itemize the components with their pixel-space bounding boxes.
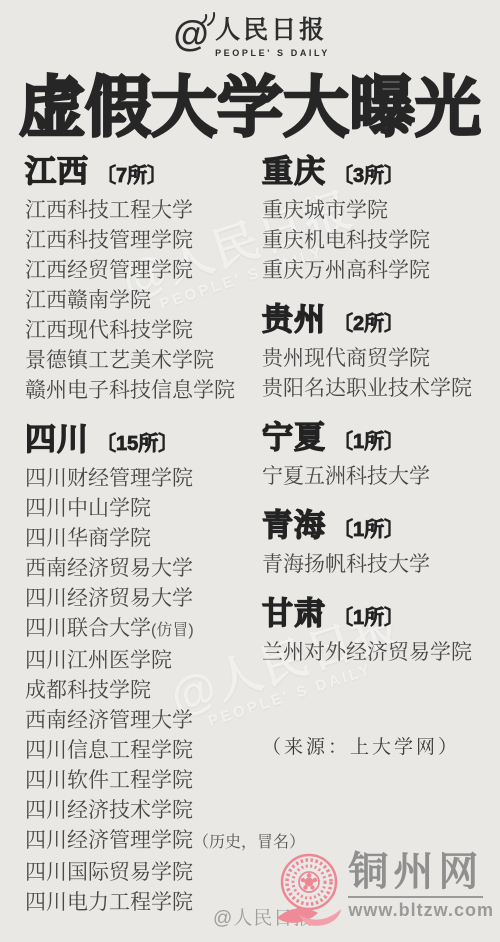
university-item: 贵州现代商贸学院 xyxy=(262,344,492,374)
university-name: 赣州电子科技信息学院 xyxy=(25,379,235,402)
university-item: 四川华商学院 xyxy=(25,524,262,554)
university-list-ningxia: 宁夏五洲科技大学 xyxy=(262,462,492,492)
university-name: 四川国际贸易学院 xyxy=(25,861,193,884)
university-name: 兰州对外经济贸易学院 xyxy=(262,641,472,664)
university-name: 四川中山学院 xyxy=(25,497,151,520)
university-item: 四川联合大学(仿冒) xyxy=(25,614,262,646)
university-name: 四川经济技术学院 xyxy=(25,799,193,822)
province-name: 青海 xyxy=(262,506,326,546)
university-item: 四川财经管理学院 xyxy=(25,464,262,494)
university-name: 宁夏五洲科技大学 xyxy=(262,465,430,488)
university-item: 景德镇工艺美术学院 xyxy=(25,346,262,376)
university-item: 四川经济技术学院 xyxy=(25,796,262,826)
university-name: 四川华商学院 xyxy=(25,527,151,550)
section-chongqing: 重庆 〔3所〕 重庆城市学院重庆机电科技学院重庆万州高科学院 xyxy=(262,152,492,286)
peoples-daily-logo: @ 人民日报 PEOPLE' S DAILY xyxy=(0,10,500,58)
university-item: 四川软件工程学院 xyxy=(25,766,262,796)
province-name: 宁夏 xyxy=(262,418,326,458)
university-name: 江西科技工程大学 xyxy=(25,199,193,222)
university-name: 西南经济管理大学 xyxy=(25,709,193,732)
university-name: 景德镇工艺美术学院 xyxy=(25,349,214,372)
university-item: 宁夏五洲科技大学 xyxy=(262,462,492,492)
university-name: 江西现代科技学院 xyxy=(25,319,193,342)
university-item: 青海扬帆科技大学 xyxy=(262,550,492,580)
province-count: 〔3所〕 xyxy=(333,159,404,188)
university-item: 西南经济贸易大学 xyxy=(25,554,262,584)
section-ningxia: 宁夏 〔1所〕 宁夏五洲科技大学 xyxy=(262,418,492,492)
university-name: 四川联合大学 xyxy=(25,617,151,640)
university-name: 四川电力工程学院 xyxy=(25,891,193,914)
university-item: 四川信息工程学院 xyxy=(25,736,262,766)
university-name: 四川江州医学院 xyxy=(25,649,172,672)
university-item: 四川中山学院 xyxy=(25,494,262,524)
province-count: 〔1所〕 xyxy=(333,513,404,542)
university-name: 江西科技管理学院 xyxy=(25,229,193,252)
university-name: 四川经济贸易大学 xyxy=(25,587,193,610)
university-name: 四川信息工程学院 xyxy=(25,739,193,762)
section-guizhou: 贵州 〔2所〕 贵州现代商贸学院贵阳名达职业技术学院 xyxy=(262,300,492,404)
university-columns: 江西 〔7所〕 江西科技工程大学江西科技管理学院江西经贸管理学院江西赣南学院江西… xyxy=(25,152,492,932)
university-item: 江西现代科技学院 xyxy=(25,316,262,346)
tongzhou-site-logo: 铜州网 www.bltzw.com xyxy=(276,850,494,938)
province-count: 〔15所〕 xyxy=(96,427,178,456)
infographic-page: @ 人民日报 PEOPLE' S DAILY 虚假大学大曝光 @人民日报 PEO… xyxy=(0,0,500,942)
university-name: 江西赣南学院 xyxy=(25,289,151,312)
site-name: 铜州网 xyxy=(348,850,483,898)
university-item: 重庆城市学院 xyxy=(262,196,492,226)
province-count: 〔2所〕 xyxy=(333,307,404,336)
university-item: 西南经济管理大学 xyxy=(25,706,262,736)
university-list-qinghai: 青海扬帆科技大学 xyxy=(262,550,492,580)
university-list-chongqing: 重庆城市学院重庆机电科技学院重庆万州高科学院 xyxy=(262,196,492,286)
university-note: (仿冒) xyxy=(151,622,194,639)
university-item: 四川国际贸易学院 xyxy=(25,858,262,888)
right-column: 重庆 〔3所〕 重庆城市学院重庆机电科技学院重庆万州高科学院 贵州 〔2所〕 贵… xyxy=(262,152,492,932)
university-list-guizhou: 贵州现代商贸学院贵阳名达职业技术学院 xyxy=(262,344,492,404)
university-list-jiangxi: 江西科技工程大学江西科技管理学院江西经贸管理学院江西赣南学院江西现代科技学院景德… xyxy=(25,196,262,406)
section-gansu: 甘肃 〔1所〕 兰州对外经济贸易学院 xyxy=(262,594,492,668)
province-name: 四川 xyxy=(25,420,89,460)
university-name: 西南经济贸易大学 xyxy=(25,557,193,580)
province-count: 〔7所〕 xyxy=(96,159,167,188)
university-name: 四川经济管理学院 xyxy=(25,829,193,852)
university-name: 青海扬帆科技大学 xyxy=(262,553,430,576)
section-qinghai: 青海 〔1所〕 青海扬帆科技大学 xyxy=(262,506,492,580)
university-name: 成都科技学院 xyxy=(25,679,151,702)
university-list-gansu: 兰州对外经济贸易学院 xyxy=(262,638,492,668)
university-item: 江西科技工程大学 xyxy=(25,196,262,226)
university-item: 兰州对外经济贸易学院 xyxy=(262,638,492,668)
province-count: 〔1所〕 xyxy=(333,425,404,454)
university-name: 四川软件工程学院 xyxy=(25,769,193,792)
megaphone-at-icon: @ xyxy=(170,13,212,55)
university-name: 重庆城市学院 xyxy=(262,199,388,222)
brand-name: 人民日报 xyxy=(215,10,330,46)
university-item: 四川经济贸易大学 xyxy=(25,584,262,614)
university-name: 重庆机电科技学院 xyxy=(262,229,430,252)
university-item: 四川经济管理学院（历史，冒名） xyxy=(25,826,262,858)
university-item: 重庆机电科技学院 xyxy=(262,226,492,256)
province-name: 江西 xyxy=(25,152,89,192)
section-sichuan: 四川 〔15所〕 四川财经管理学院四川中山学院四川华商学院西南经济贸易大学四川经… xyxy=(25,420,262,918)
source-note: （来源：上大学网） xyxy=(262,732,492,759)
sound-waves-icon xyxy=(200,11,216,27)
page-title: 虚假大学大曝光 xyxy=(0,54,500,149)
university-item: 成都科技学院 xyxy=(25,676,262,706)
tongzhou-emblem-icon xyxy=(276,850,342,938)
university-item: 江西经贸管理学院 xyxy=(25,256,262,286)
university-name: 贵阳名达职业技术学院 xyxy=(262,377,472,400)
province-name: 贵州 xyxy=(262,300,326,340)
university-item: 江西科技管理学院 xyxy=(25,226,262,256)
university-name: 四川财经管理学院 xyxy=(25,467,193,490)
university-item: 江西赣南学院 xyxy=(25,286,262,316)
university-list-sichuan: 四川财经管理学院四川中山学院四川华商学院西南经济贸易大学四川经济贸易大学四川联合… xyxy=(25,464,262,918)
province-name: 重庆 xyxy=(262,152,326,192)
university-item: 赣州电子科技信息学院 xyxy=(25,376,262,406)
province-name: 甘肃 xyxy=(262,594,326,634)
university-item: 重庆万州高科学院 xyxy=(262,256,492,286)
university-name: 重庆万州高科学院 xyxy=(262,259,430,282)
university-name: 贵州现代商贸学院 xyxy=(262,347,430,370)
university-name: 江西经贸管理学院 xyxy=(25,259,193,282)
university-item: 四川江州医学院 xyxy=(25,646,262,676)
province-count: 〔1所〕 xyxy=(333,601,404,630)
university-item: 贵阳名达职业技术学院 xyxy=(262,374,492,404)
left-column: 江西 〔7所〕 江西科技工程大学江西科技管理学院江西经贸管理学院江西赣南学院江西… xyxy=(25,152,262,932)
section-jiangxi: 江西 〔7所〕 江西科技工程大学江西科技管理学院江西经贸管理学院江西赣南学院江西… xyxy=(25,152,262,406)
site-url: www.bltzw.com xyxy=(348,900,494,921)
